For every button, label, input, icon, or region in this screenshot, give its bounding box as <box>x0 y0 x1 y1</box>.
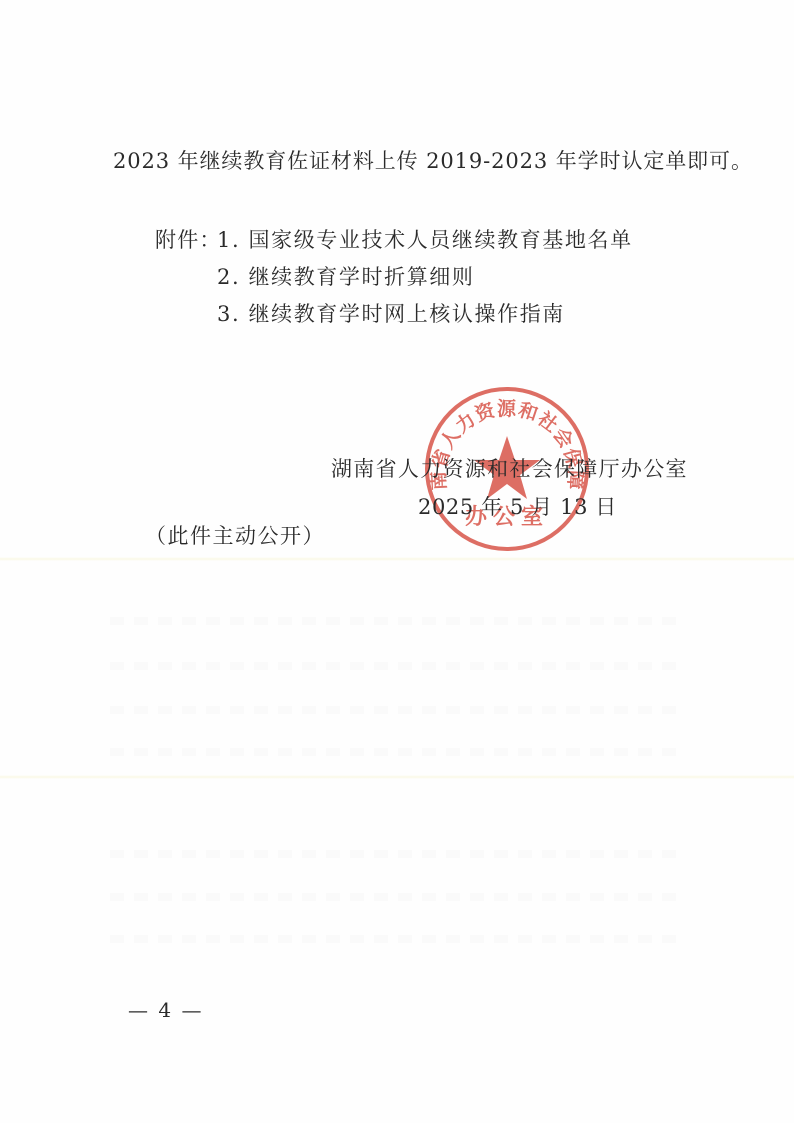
page-number: — 4 — <box>128 996 203 1024</box>
bleed-through-text <box>110 706 680 714</box>
signing-organization: 湖南省人力资源和社会保障厅办公室 <box>331 455 688 483</box>
public-disclosure-note: （此件主动公开） <box>145 522 325 550</box>
attachment-item: 2. 继续教育学时折算细则 <box>217 263 475 291</box>
attachment-item: 1. 国家级专业技术人员继续教育基地名单 <box>217 226 633 254</box>
bleed-through-text <box>110 617 680 625</box>
attachments-label: 附件： <box>155 226 222 254</box>
body-paragraph: 2023 年继续教育佐证材料上传 2019-2023 年学时认定单即可。 <box>113 147 753 175</box>
scan-artifact-band <box>0 557 794 561</box>
bleed-through-text <box>110 662 680 670</box>
bleed-through-text <box>110 850 680 858</box>
bleed-through-text <box>110 748 680 756</box>
signing-date: 2025 年 5 月 13 日 <box>418 493 617 521</box>
document-page: 2023 年继续教育佐证材料上传 2019-2023 年学时认定单即可。 附件：… <box>0 0 794 1123</box>
bleed-through-text <box>110 893 680 901</box>
scan-artifact-band <box>0 775 794 779</box>
bleed-through-text <box>110 935 680 943</box>
attachment-item: 3. 继续教育学时网上核认操作指南 <box>217 300 565 328</box>
